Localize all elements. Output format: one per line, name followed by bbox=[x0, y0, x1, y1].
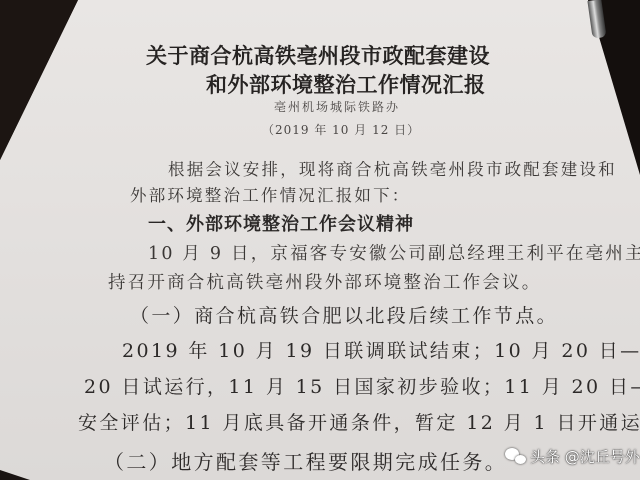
subsection1-heading: （一）商合杭高铁合肥以北段后续工作节点。 bbox=[130, 301, 558, 328]
intro-paragraph-line1: 根据会议安排，现将商合杭高铁亳州段市政配套建设和 bbox=[168, 156, 617, 180]
watermark: 头条 @沈丘号外 bbox=[505, 446, 640, 467]
document-date: （2019 年 10 月 12 日） bbox=[262, 121, 420, 138]
subsection1-line2: 20 日试运行，11 月 15 日国家初步验收；11 月 20 日—25 日 bbox=[84, 372, 640, 399]
section1-heading: 一、外部环境整治工作会议精神 bbox=[148, 210, 414, 236]
wechat-icon bbox=[505, 448, 527, 466]
section1-paragraph-line1: 10 月 9 日，京福客专安徽公司副总经理王利平在亳州主 bbox=[148, 240, 640, 265]
watermark-text: 头条 @沈丘号外 bbox=[530, 446, 640, 467]
document-title-line2: 和外部环境整治工作情况汇报 bbox=[206, 69, 486, 99]
subsection1-line1: 2019 年 10 月 19 日联调联试结束；10 月 20 日—11 月 bbox=[122, 336, 640, 363]
intro-paragraph-line2: 外部环境整治工作情况汇报如下： bbox=[130, 182, 411, 206]
subsection2-heading: （二）地方配套等工程要限期完成任务。 bbox=[104, 446, 507, 475]
document: 关于商合杭高铁亳州段市政配套建设 和外部环境整治工作情况汇报 亳州机场城际铁路办… bbox=[0, 0, 640, 480]
section1-paragraph-line2: 持召开商合杭高铁亳州段外部环境整治工作会议。 bbox=[108, 269, 541, 294]
subsection1-line3: 安全评估；11 月底具备开通条件，暂定 12 月 1 日开通运行。 bbox=[78, 408, 640, 435]
document-issuer: 亳州机场城际铁路办 bbox=[274, 98, 400, 115]
document-title-line1: 关于商合杭高铁亳州段市政配套建设 bbox=[146, 40, 490, 70]
